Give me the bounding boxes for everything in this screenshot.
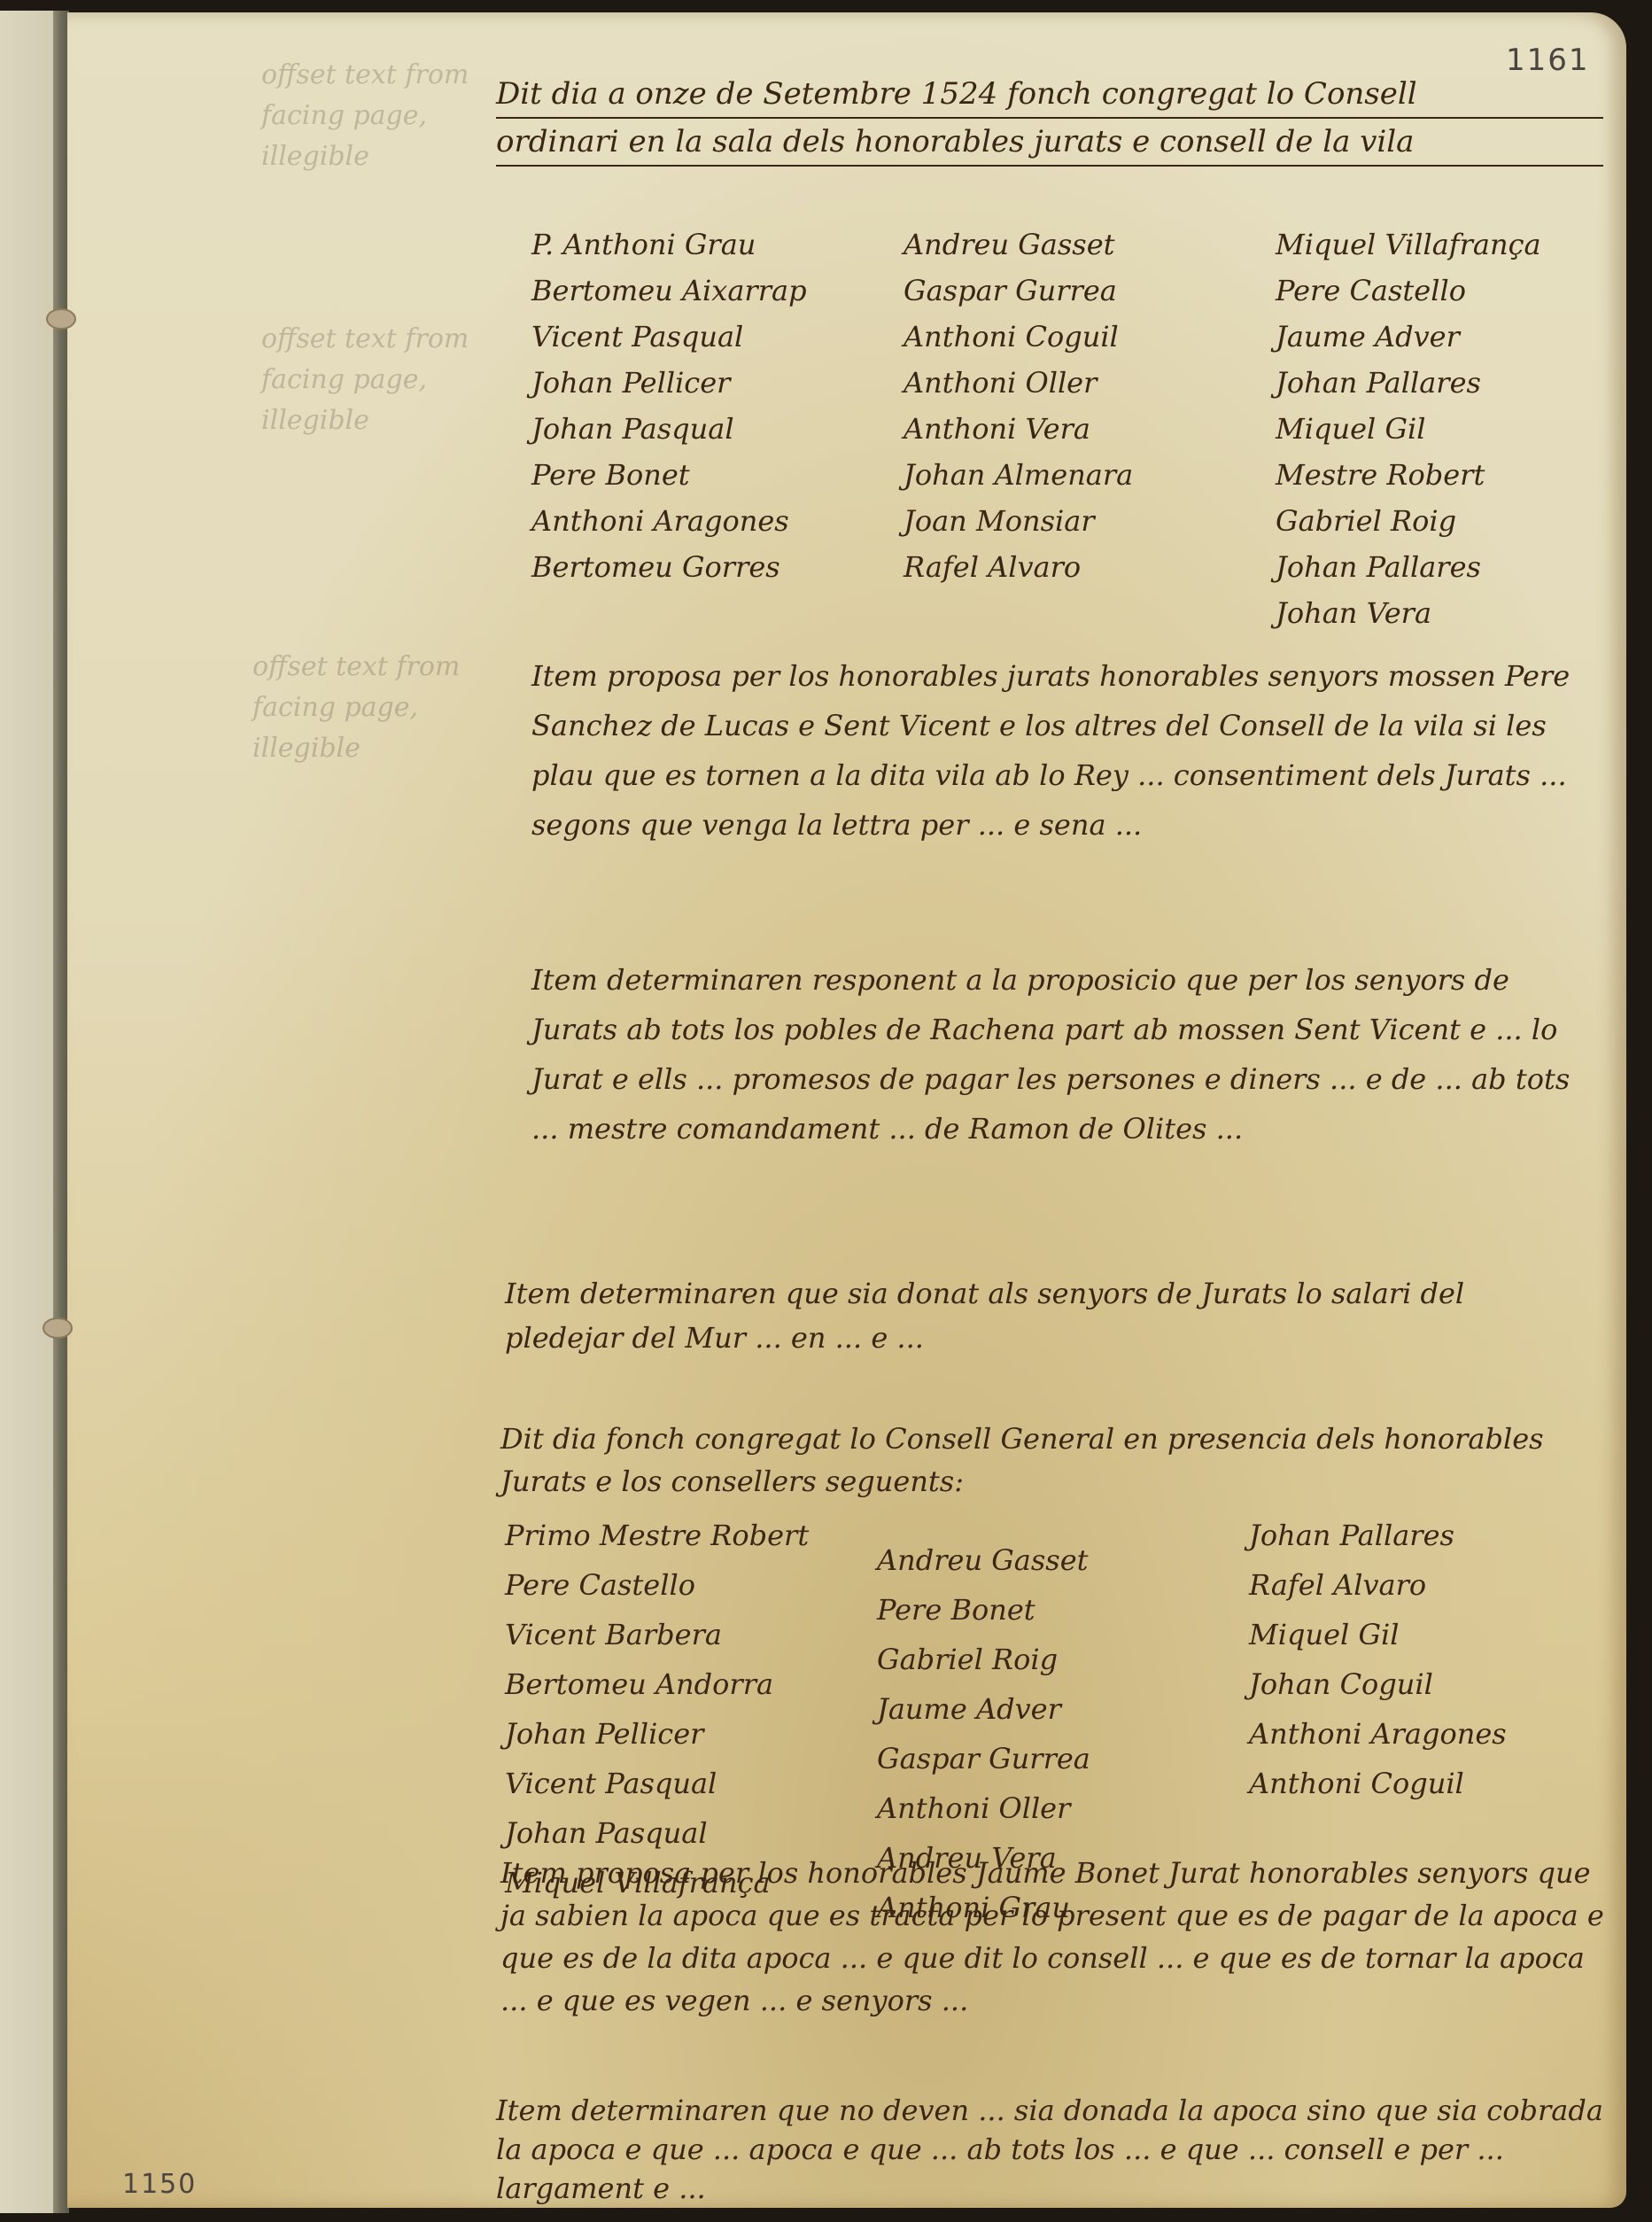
- offset-text-1: offset text from facing page, illegible: [261, 55, 492, 177]
- attendee-name: Johan Coguil: [1249, 1659, 1621, 1709]
- attendee-name: Anthoni Coguil: [904, 314, 1276, 360]
- heading-line: Dit dia a onze de Setembre 1524 fonch co…: [496, 71, 1603, 119]
- council-convened-paragraph: Dit dia fonch congregat lo Consell Gener…: [500, 1418, 1563, 1503]
- resolution-paragraph-2: Item determinaren responent a la proposi…: [531, 955, 1594, 1154]
- heading-line: ordinari en la sala dels honorables jura…: [496, 119, 1603, 167]
- attendee-name: Gaspar Gurrea: [904, 268, 1276, 314]
- attendee-name: Mestre Robert: [1276, 452, 1648, 498]
- attendee-name: Pere Castello: [505, 1560, 877, 1610]
- attendee-name: Bertomeu Gorres: [531, 544, 904, 590]
- attendee-name: Anthoni Coguil: [1249, 1759, 1621, 1808]
- resolution-paragraph-3: Item determinaren que sia donat als seny…: [505, 1271, 1568, 1360]
- attendee-name: Johan Almenara: [904, 452, 1276, 498]
- attendee-name: Bertomeu Aixarrap: [531, 268, 904, 314]
- offset-text-3: offset text from facing page, illegible: [252, 647, 483, 769]
- attendee-name: Miquel Villafrança: [1276, 221, 1648, 268]
- attendee-name: Vicent Pasqual: [505, 1759, 877, 1808]
- attendee-name: Vicent Barbera: [505, 1610, 877, 1659]
- attendee-name: Johan Pallares: [1276, 360, 1648, 406]
- attendee-name: Vicent Pasqual: [531, 314, 904, 360]
- attendee-name: Gaspar Gurrea: [877, 1734, 1249, 1783]
- attendee-name: Pere Bonet: [531, 452, 904, 498]
- attendee-name: P. Anthoni Grau: [531, 221, 904, 268]
- attendee-name: Anthoni Aragones: [531, 498, 904, 544]
- closing-paragraph-1: Item proposa per los honorables Jaume Bo…: [500, 1852, 1608, 2022]
- attendee-name: Johan Vera: [1276, 590, 1648, 636]
- attendee-name: Anthoni Aragones: [1249, 1709, 1621, 1759]
- attendee-name: Gabriel Roig: [1276, 498, 1648, 544]
- attendee-name: Anthoni Oller: [877, 1783, 1249, 1833]
- closing-paragraph-2: Item determinaren que no deven ... sia d…: [496, 2091, 1603, 2208]
- attendee-name: Joan Monsiar: [904, 498, 1276, 544]
- attendee-name: Johan Pasqual: [531, 406, 904, 452]
- attendee-name: Jaume Adver: [877, 1684, 1249, 1734]
- attendee-name: Andreu Gasset: [904, 221, 1276, 268]
- attendee-name: Bertomeu Andorra: [505, 1659, 877, 1709]
- attendee-list-1: P. Anthoni Grau Bertomeu Aixarrap Vicent…: [531, 221, 1648, 636]
- attendee-name: Johan Pasqual: [505, 1808, 877, 1858]
- attendee-column-2: Andreu Gasset Gaspar Gurrea Anthoni Cogu…: [904, 221, 1276, 636]
- attendee-column-3: Miquel Villafrança Pere Castello Jaume A…: [1276, 221, 1648, 636]
- attendee-name: Johan Pellicer: [531, 360, 904, 406]
- attendee-column-1: P. Anthoni Grau Bertomeu Aixarrap Vicent…: [531, 221, 904, 636]
- facing-page-edge: [0, 11, 55, 2213]
- attendee-name: Anthoni Vera: [904, 406, 1276, 452]
- binding-thread-bottom: [43, 1317, 73, 1339]
- attendee-name: Anthoni Oller: [904, 360, 1276, 406]
- attendee-name: Primo Mestre Robert: [505, 1511, 877, 1560]
- entry-heading: Dit dia a onze de Setembre 1524 fonch co…: [496, 71, 1603, 167]
- attendee-name: Miquel Gil: [1276, 406, 1648, 452]
- resolution-paragraph-1: Item proposa per los honorables jurats h…: [531, 651, 1594, 850]
- attendee-name: Miquel Gil: [1249, 1610, 1621, 1659]
- folio-number-bottom: 1150: [122, 2169, 197, 2200]
- attendee-name: Pere Bonet: [877, 1585, 1249, 1635]
- attendee-name: Johan Pallares: [1249, 1511, 1621, 1560]
- offset-text-2: offset text from facing page, illegible: [261, 319, 492, 441]
- attendee-name: Rafel Alvaro: [904, 544, 1276, 590]
- binding-thread-top: [46, 308, 76, 330]
- attendee-name: Andreu Gasset: [877, 1535, 1249, 1585]
- attendee-name: Johan Pellicer: [505, 1709, 877, 1759]
- attendee-name: Johan Pallares: [1276, 544, 1648, 590]
- attendee-name: Gabriel Roig: [877, 1635, 1249, 1684]
- attendee-name: Jaume Adver: [1276, 314, 1648, 360]
- attendee-name: Rafel Alvaro: [1249, 1560, 1621, 1610]
- attendee-name: Pere Castello: [1276, 268, 1648, 314]
